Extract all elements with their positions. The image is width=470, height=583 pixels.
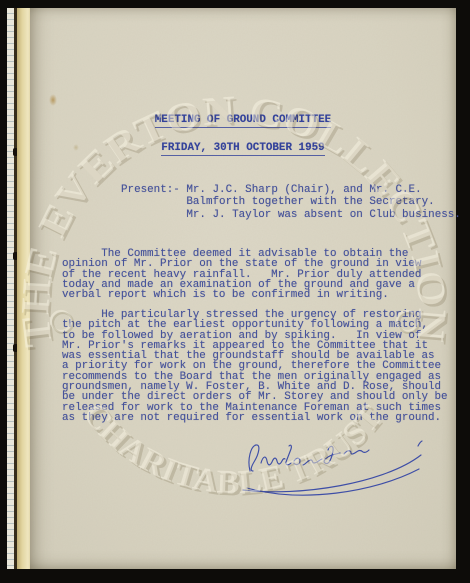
- attendees-list: Present:- Mr. J.C. Sharp (Chair), and Mr…: [121, 184, 461, 221]
- adjacent-page-edge: [7, 8, 14, 569]
- paragraph-2: He particularly stressed the urgency of …: [62, 310, 448, 423]
- foxing-spot: [49, 94, 57, 106]
- signature: [235, 438, 435, 510]
- paragraph-1: The Committee deemed it advisable to obt…: [62, 249, 421, 300]
- page-edge-strip: [17, 8, 30, 569]
- document-title: MEETING OF GROUND COMMITTEE: [30, 115, 456, 125]
- document-page: MEETING OF GROUND COMMITTEE FRIDAY, 30TH…: [30, 8, 456, 569]
- document-date: FRIDAY, 30TH OCTOBER 1959: [30, 143, 456, 153]
- scanned-minutes-page: MEETING OF GROUND COMMITTEE FRIDAY, 30TH…: [0, 0, 470, 583]
